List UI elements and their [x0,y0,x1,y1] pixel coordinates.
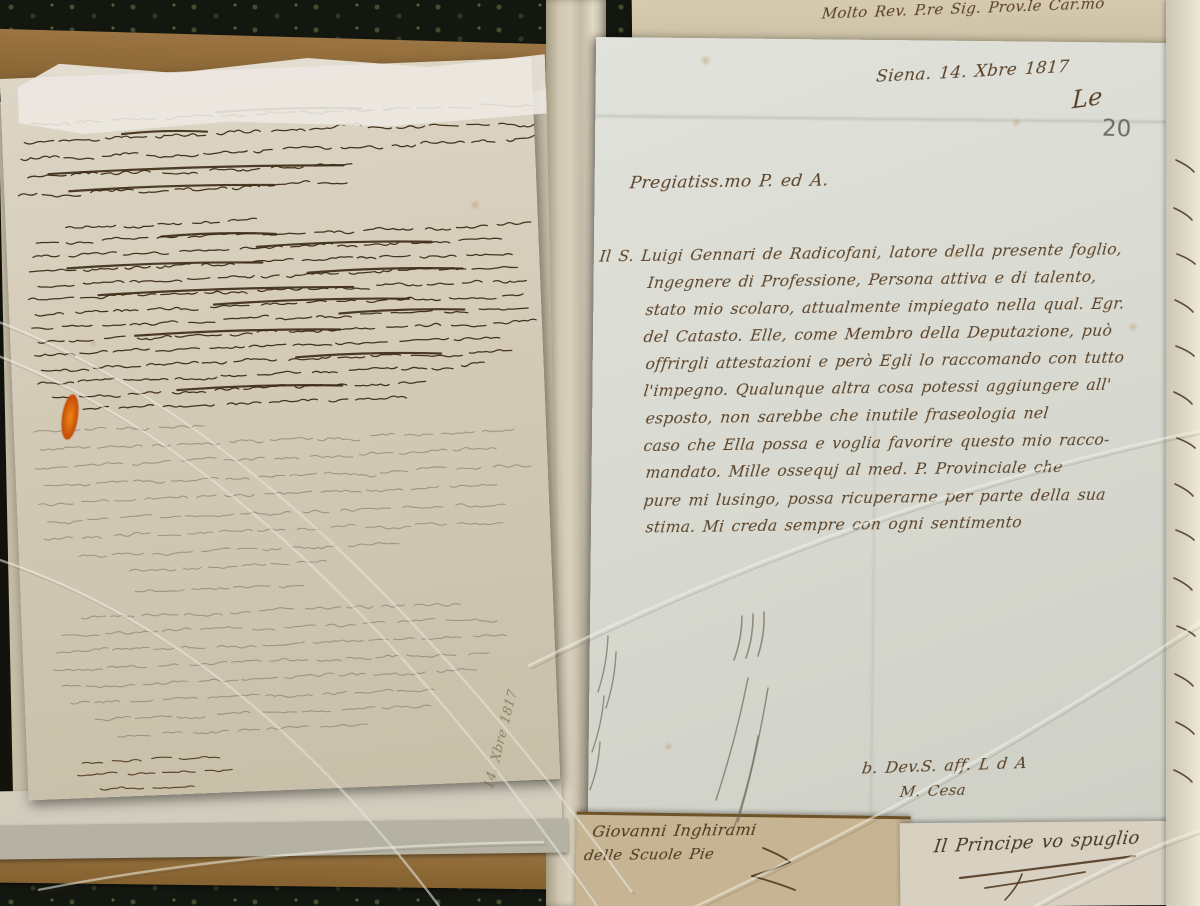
dateline-flourish: Le [1072,82,1103,115]
foxing-stain [470,200,480,210]
foxing-stain [1012,118,1021,127]
foxing-stain [1128,322,1138,332]
address-header-line: Molto Rev. P.re Sig. Prov.le Car.mo [821,0,1106,23]
letter-closing-line-2: M. Cesa [899,781,967,801]
foxing-stain [952,252,960,260]
principe-paper: Il Principe vo spuglio [900,821,1200,906]
left-bottom-sheet-edge-2 [0,819,568,860]
foxing-stain [90,340,97,347]
foxing-stain [664,742,673,751]
letter-salutation: Pregiatiss.mo P. ed A. [629,171,830,194]
inghirami-paper: Giovanni Inghirami delle Scuole Pie [575,812,910,906]
archive-page-number: 20 [1102,115,1132,142]
right-edge-page-strip [1166,0,1200,906]
foxing-stain [700,55,711,66]
fold-crease [595,115,1173,123]
handwritten-signature-scribble [0,58,560,801]
principe-note-line: Il Principe vo spuglio [933,828,1142,858]
manuscript-photo: 14. Xbre 1817 Molto Rev. P.re Sig. Prov.… [0,0,1200,906]
inghirami-signature-line-1: Giovanni Inghirami [591,820,758,841]
left-page-draft-sheet [0,58,560,801]
inghirami-signature-line-2: delle Scuole Pie [583,845,716,865]
